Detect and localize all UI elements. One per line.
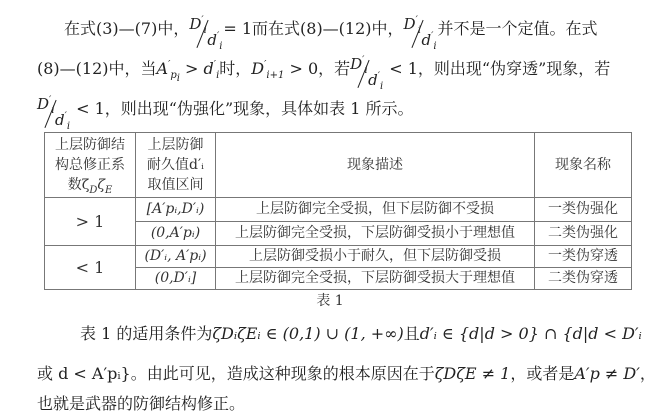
math-condition-d: d′ᵢ ∈ {d|d > 0} ∩ {d|d < D′ᵢ (420, 324, 642, 343)
header-description: 现象描述 (216, 133, 535, 198)
fraction-D-over-d: D′id′i (189, 16, 223, 50)
text: < 1，则出现“伪穿透”现象，若 (384, 59, 610, 78)
interval-cell: [A′pᵢ,D′ᵢ) (136, 198, 216, 222)
text: > 0，若 (284, 59, 350, 78)
fraction-D-over-d: D′id′i (404, 16, 438, 50)
table-caption: 表 1 (0, 290, 660, 310)
text: 时， (219, 59, 251, 78)
text: 表 1 的适用条件为 (80, 324, 212, 343)
paragraph-1-line-3: D′id′i < 1，则出现“伪强化”现象，具体如表 1 所示。 (37, 96, 413, 130)
table-row: < 1 (D′ᵢ, A′pᵢ) 上层防御受损小于耐久，但下层防御受损 一类伪穿透 (45, 246, 632, 268)
paragraph-2-line-2: 或 d < A′pᵢ}。由此可见，造成这种现象的根本原因在于ζDζE ≠ 1，或… (37, 364, 656, 384)
header-coefficient: 上层防御结 构总修正系 数ζDζE (45, 133, 136, 198)
table-header-row: 上层防御结 构总修正系 数ζDζE 上层防御 耐久值d′ᵢ 取值区间 现象描述 … (45, 133, 632, 198)
interval-cell: (D′ᵢ, A′pᵢ) (136, 246, 216, 268)
math-A-prime: A′pi (157, 59, 180, 78)
coefficient-greater-1: > 1 (45, 198, 136, 246)
fraction-D-over-d: D′id′i (37, 96, 71, 130)
text: (8)—(12)中，当 (37, 59, 157, 78)
math-A-ne-D: A′p ≠ D′ (574, 364, 639, 383)
math-d-prime: d′i (204, 59, 220, 78)
text: 且 (404, 324, 420, 343)
description-cell: 上层防御完全受损，下层防御受损大于理想值 (216, 268, 535, 290)
text: > (180, 59, 204, 78)
text: 在式(3)—(7)中， (64, 19, 189, 38)
header-name: 现象名称 (535, 133, 632, 198)
math-D-prime-next: D′i+1 (251, 59, 284, 78)
header-interval: 上层防御 耐久值d′ᵢ 取值区间 (136, 133, 216, 198)
description-cell: 上层防御受损小于耐久，但下层防御受损 (216, 246, 535, 268)
text: 并不是一个定值。在式 (438, 19, 598, 38)
text: < 1，则出现“伪强化”现象，具体如表 1 所示。 (71, 99, 413, 118)
description-cell: 上层防御完全受损，下层防御受损小于理想值 (216, 222, 535, 246)
name-cell: 一类伪强化 (535, 198, 632, 222)
text: ，或者是 (510, 364, 574, 383)
interval-cell: (0,A′pᵢ) (136, 222, 216, 246)
description-cell: 上层防御完全受损，但下层防御不受损 (216, 198, 535, 222)
paragraph-1-line-2: (8)—(12)中，当A′pi > d′i时，D′i+1 > 0，若D′id′i… (37, 56, 610, 90)
paragraph-2-line-1: 表 1 的适用条件为ζDᵢζEᵢ ∈ (0,1) ∪ (1, +∞)且d′ᵢ ∈… (80, 324, 642, 344)
interval-cell: (0,D′ᵢ] (136, 268, 216, 290)
text: 也就是武器的防御结构修正。 (37, 394, 245, 413)
fraction-D-over-d: D′id′i (350, 56, 384, 90)
phenomenon-table: 上层防御结 构总修正系 数ζDζE 上层防御 耐久值d′ᵢ 取值区间 现象描述 … (44, 132, 632, 290)
name-cell: 一类伪穿透 (535, 246, 632, 268)
math-zeta-ne-1: ζDζE ≠ 1 (435, 364, 511, 383)
text: = 1而在式(8)—(12)中， (223, 19, 403, 38)
paragraph-1-line-1: 在式(3)—(7)中，D′id′i= 1而在式(8)—(12)中，D′id′i并… (64, 16, 598, 50)
name-cell: 二类伪穿透 (535, 268, 632, 290)
name-cell: 二类伪强化 (535, 222, 632, 246)
math-condition-zeta: ζDᵢζEᵢ ∈ (0,1) ∪ (1, +∞) (212, 324, 403, 343)
paragraph-2-line-3: 也就是武器的防御结构修正。 (37, 394, 245, 414)
text: ， (640, 364, 656, 383)
table-row: > 1 [A′pᵢ,D′ᵢ) 上层防御完全受损，但下层防御不受损 一类伪强化 (45, 198, 632, 222)
coefficient-less-1: < 1 (45, 246, 136, 290)
text: 或 d < A′pᵢ}。由此可见，造成这种现象的根本原因在于 (37, 364, 435, 383)
